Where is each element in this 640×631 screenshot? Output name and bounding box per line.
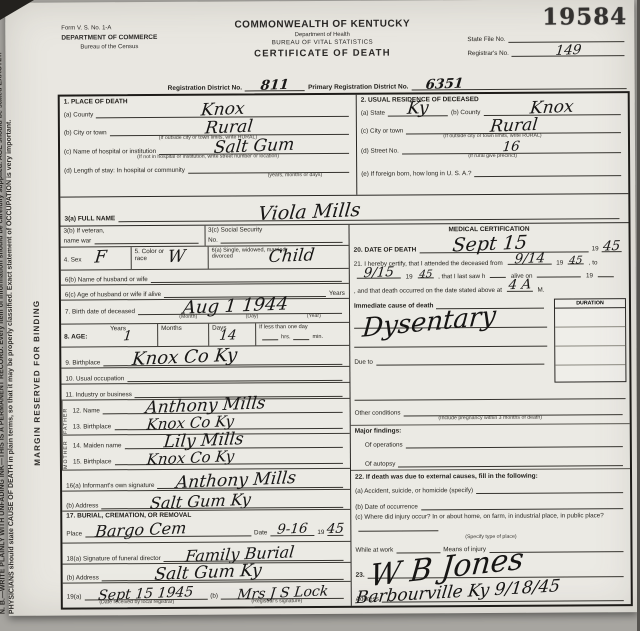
registrar-date-value: Sept 15 1945 [98,585,195,603]
burial-title: 17. BURIAL, CREMATION, OR REMOVAL [66,510,346,519]
header-center-block: COMMONWEALTH OF KENTUCKY Department of H… [197,18,447,61]
age-less-cell: If less than one day hrs. min. [256,322,349,345]
major-findings-section: Major findings: Of operations Of autopsy [351,423,630,470]
residence-county-line: Knox [483,105,620,116]
commonwealth-title: COMMONWEALTH OF KENTUCKY [197,18,447,32]
autopsy-label: Of autopsy [365,460,395,467]
usual-residence-section: 2. USUAL RESIDENCE OF DECEASED (a) State… [357,93,629,195]
external-causes-title: 22. If death was due to external causes,… [355,472,626,481]
hospital-row: (c) Name of hospital or institution Salt… [64,144,352,156]
certify-2: , that I last saw h [438,273,485,280]
funeral-address-row: (b) Address Salt Gum Ky [63,563,351,584]
residence-city-value: Rural [489,117,538,136]
operations-line [406,437,623,448]
sex-cell: 4. Sex F [61,247,132,269]
birthplace-label: 9. Birthplace [65,359,100,366]
due-to-rule-2 [354,386,625,401]
marital-cell: 6(a) Single, widowed, married, divorced … [209,245,349,268]
header-right-block: 19584 State File No. Registrar's No. 149 [467,5,627,57]
full-name-line: Viola Mills [118,209,619,222]
margin-binding-label: MARGIN RESERVED FOR BINDING [32,296,42,466]
state-file-line [508,32,624,43]
certificate-stamp-number: 19584 [467,5,627,29]
father-birthplace-label: 13. Birthplace [73,423,112,430]
occupation-label: 10. Usual occupation [65,375,124,382]
other-conditions-line [403,405,622,416]
county-line: Knox [96,107,349,119]
father-birthplace-row: 13. Birthplace Knox Co Ky [73,419,346,431]
autopsy-line [398,456,623,467]
due-to-label: Due to [354,359,373,366]
from-year-line: 45 [568,255,584,264]
external-b-row: (b) Date of occurrence [355,499,626,511]
certify-3: , and that death occurred on the date st… [354,287,502,295]
burial-place-value: Bargo Cem [94,520,187,540]
external-b-label: (b) Date of occurrence [355,503,418,510]
primary-district-line: 6351 [411,79,626,90]
duration-line-3 [555,346,625,365]
due-to-row: Due to [354,355,547,366]
duration-line-1 [555,308,625,327]
stay-label: (d) Length of stay: In hospital or commu… [64,167,185,175]
mother-section: MOTHER 14. Maiden name Lily Mills 15. [62,434,350,471]
registrar-signature-line: Mrs J S Lock [221,589,344,600]
registration-district-value: 811 [260,78,290,93]
veteran-label-2: name war [64,237,92,244]
other-conditions-section: Other conditions (Include pregnancy with… [350,384,629,424]
bureau-vital-statistics: BUREAU OF VITAL STATISTICS [197,38,447,47]
scanned-death-certificate: N. B.—WRITE PLAINLY WITH UNFADING INK—TH… [0,0,640,631]
informant-address-row: (b) Address Salt Gum Ky [62,490,350,511]
stay-row: (d) Length of stay: In hospital or commu… [64,163,352,175]
age-hrs-line [262,330,278,340]
residence-state-line: Ky [388,106,448,116]
from-year-prefix: 19 [556,260,563,267]
registrar-no-row: Registrar's No. 149 [467,46,627,57]
external-a-label: (a) Accident, suicide, or homicide (spec… [355,487,473,495]
registrar-no-line: 149 [512,46,625,57]
age-months-cell: Months [158,323,209,345]
date-of-death-line: Sept 15 [419,242,588,253]
margin-note: N. B.—WRITE PLAINLY WITH UNFADING INK—TH… [0,24,17,614]
birthdate-row: 7. Birth date of deceased Aug 1 1944 (Mo… [61,299,349,324]
dept-commerce: DEPARTMENT OF COMMERCE [61,33,157,43]
external-b-line [421,499,623,510]
county-label: (a) County [64,111,93,118]
hour-line: 4 A [507,282,533,291]
signature-number-label: 23. [356,571,365,578]
bureau-census: Bureau of the Census [61,43,157,53]
state-file-label: State File No. [467,36,505,43]
hour-value: 4 A [508,278,532,292]
husband-line [151,272,342,283]
physician-signature-section: 23. Address W B Jones Barbourville Ky 9/… [352,555,631,606]
registration-district-line: 811 [245,81,305,91]
city-value: Rural [205,119,254,138]
to-year-value: 45 [418,269,432,280]
color-value: W [167,248,186,266]
primary-district-label: Primary Registration District No. [308,83,408,91]
burial-year-value: 45 [326,523,345,537]
birthdate-label: 7. Birth date of deceased [65,308,135,315]
funeral-director-label: 18(a) Signature of funeral director [67,555,161,563]
husband-row: 6(b) Name of husband or wife [61,268,349,285]
medical-certification-column: MEDICAL CERTIFICATION 20. DATE OF DEATH … [349,223,630,606]
external-a-row: (a) Accident, suicide, or homicide (spec… [355,483,626,495]
street-line: 16 [402,143,621,154]
autopsy-row: Of autopsy [355,456,626,468]
form-content: Form V. S. No. 1-A DEPARTMENT OF COMMERC… [57,5,633,609]
residence-title: 2. USUAL RESIDENCE OF DECEASED [361,95,624,104]
burial-date-label: Date [254,529,267,536]
m-suffix: M. [537,286,544,293]
place-of-death-section: 1. PLACE OF DEATH (a) County Knox (b) Ci… [60,95,358,197]
date-of-death-year-value: 45 [602,239,621,253]
saw-alive-year-prefix: 19 [586,273,593,280]
birthplace-row: 9. Birthplace Knox Co Ky [61,345,349,368]
due-to-line [376,355,544,366]
other-conditions-label: Other conditions [355,410,401,417]
county-row: (a) County Knox [64,107,352,119]
external-c-line [358,522,438,531]
foreign-born-label: (e) If foreign born, how long in U. S. A… [361,171,471,179]
birthdate-line: Aug 1 1944 [138,304,342,315]
stay-line [188,163,349,174]
date-of-death-year-prefix: 19 [592,245,599,252]
date-of-death-row: 20. DATE OF DEATH Sept 15 19 45 [350,232,629,256]
husband-age-label: 6(c) Age of husband or wife if alive [65,291,161,299]
burial-place-label: Place [66,530,82,537]
mother-side-label: MOTHER [62,436,69,470]
ssn-cell: 3(c) Social Security No. [205,225,349,245]
informant-label: 16(a) Informant's own signature [66,482,154,490]
from-year-value: 45 [569,255,583,266]
age-hrs-label: hrs. [281,334,290,340]
informant-value: Anthony Mills [175,470,297,492]
burial-detail-row: Place Bargo Cem Date 9-16 19 [66,525,346,537]
external-a-line [476,483,623,494]
years-suffix: Years [329,290,345,297]
attended-to-value: 9/15 [363,266,395,281]
date-of-death-year-line: 45 [602,242,622,252]
attended-to-line: 9/15 [357,270,401,279]
funeral-address-line: Salt Gum Ky [102,570,344,581]
informant-line: Anthony Mills [157,478,343,489]
residence-state-county-row: (a) State Ky (b) County Knox [361,105,624,117]
burial-date-value: 9-16 [276,523,308,538]
work-label: While at work [355,546,393,553]
ssn-label-2: No. [208,237,218,244]
burial-year-prefix: 19 [317,529,324,536]
other-conditions-row: Other conditions [355,405,626,417]
duration-label: DURATION [555,299,625,308]
street-value: 16 [502,141,521,155]
left-column: 3(b) If veteran, name war 3(c) Social Se… [61,225,352,608]
city-label: (b) City or town [64,129,107,136]
form-header: Form V. S. No. 1-A DEPARTMENT OF COMMERC… [57,5,630,94]
header-left-block: Form V. S. No. 1-A DEPARTMENT OF COMMERC… [61,24,157,52]
cause-of-death-section: DURATION Immediate cause of death [350,296,630,386]
birthdate-value: Aug 1 1944 [182,296,289,318]
operations-label: Of operations [365,441,403,448]
registrar-b-label: (b) [210,593,218,600]
residence-city-line: Rural [406,123,621,134]
to-year-prefix: 19 [406,274,413,281]
registrar-no-label: Registrar's No. [467,50,508,57]
age-months-label: Months [161,324,205,331]
major-findings-label: Major findings: [355,426,626,435]
mother-birthplace-line: Knox Co Ky [114,454,343,465]
registration-district-label: Registration District No. [168,84,242,91]
full-name-label: 3(a) FULL NAME [64,215,115,222]
duration-box: DURATION [554,298,627,382]
mother-name-label: 14. Maiden name [73,442,122,449]
funeral-director-row: 18(a) Signature of funeral director Fami… [62,542,350,565]
funeral-address-value: Salt Gum Ky [154,563,263,584]
street-row: (d) Street No. 16 [361,143,624,155]
to-year-line: 45 [417,270,433,279]
state-file-row: State File No. [467,32,627,43]
age-min-label: min. [312,334,323,340]
residence-state-label: (a) State [361,110,385,117]
certificate-title: CERTIFICATE OF DEATH [197,48,447,61]
mother-birthplace-value: Knox Co Ky [145,449,234,468]
duration-line-2 [555,327,625,346]
hospital-value: Salt Gum [213,136,295,156]
certificate-paper: N. B.—WRITE PLAINLY WITH UNFADING INK—TH… [5,0,638,616]
residence-county-label: (b) County [451,109,480,116]
age-label-cell: 8. AGE: [61,324,107,346]
registrar-signature-value: Mrs J S Lock [236,585,329,603]
occupation-row: 10. Usual occupation [61,366,349,384]
year-caption: (Year) [307,314,321,320]
scan-corner-artifact [0,0,34,20]
attended-from-line: 9/14 [507,256,551,265]
father-side-label: FATHER [62,400,69,434]
veteran-cell: 3(b) If veteran, name war [61,226,206,246]
sex-color-marital-row: 4. Sex F 5. Color or race W 6(a) Single,… [61,245,349,270]
informant-address-line: Salt Gum Ky [101,497,343,508]
registrar-date-line: Sept 15 1945 [84,590,207,601]
city-row: (b) City or town Rural [64,125,352,137]
full-name-row: 3(a) FULL NAME Viola Mills [60,194,628,226]
informant-row: 16(a) Informant's own signature Anthony … [62,469,350,492]
occupation-line [127,371,342,382]
top-section-row: 1. PLACE OF DEATH (a) County Knox (b) Ci… [60,93,629,197]
saw-alive-year-line [598,269,614,278]
foreign-born-row: (e) If foreign born, how long in U. S. A… [361,167,624,179]
ssn-line [221,233,343,244]
primary-district-value: 6351 [425,77,464,92]
veteran-line [94,234,198,245]
operations-row: Of operations [355,437,626,449]
industry-label: 11. Industry or business [66,391,132,398]
residence-state-value: Ky [406,100,429,118]
funeral-address-label: (b) Address [67,575,99,582]
burial-section: 17. BURIAL, CREMATION, OR REMOVAL Place … [62,509,350,543]
certificate-body: 1. PLACE OF DEATH (a) County Knox (b) Ci… [58,91,633,609]
street-caption: (If rural give precinct) [361,153,624,160]
age-days-cell: Days 14 [209,323,256,345]
sex-label: 4. Sex [64,256,82,263]
certify-paragraph: 21. I hereby certify, that I attended th… [350,254,629,298]
city-line: Rural [110,125,349,136]
birthplace-value: Knox Co Ky [131,346,238,368]
external-c-row: (c) Where did injury occur? In or about … [355,511,626,536]
husband-label: 6(b) Name of husband or wife [65,276,148,284]
burial-year-line: 45 [327,525,343,535]
color-cell: 5. Color or race W [132,246,209,269]
age-label: 8. AGE: [64,333,87,340]
registration-district-row: Registration District No. 811 Primary Re… [168,79,630,92]
external-causes-section: 22. If death was due to external causes,… [351,468,631,557]
age-row: 8. AGE: Years 1 Months Days [61,322,349,347]
external-c-label: (c) Where did injury occur? In or about … [355,512,604,521]
age-min-line [293,330,309,340]
lower-columns: 3(b) If veteran, name war 3(c) Social Se… [61,223,631,607]
full-name-value: Viola Mills [257,201,361,224]
informant-address-value: Salt Gum Ky [149,491,251,511]
to-label: , to [589,259,598,266]
burial-date-line: 9-16 [270,526,314,536]
date-of-death-label: 20. DATE OF DEATH [354,246,417,253]
attended-from-value: 9/14 [514,252,546,267]
informant-address-label: (b) Address [66,502,98,509]
saw-alive-blank [490,269,506,278]
veteran-ssn-row: 3(b) If veteran, name war 3(c) Social Se… [61,225,349,247]
age-years-cell: Years 1 [107,324,158,346]
foreign-born-line [474,167,621,178]
registrar-no-value: 149 [555,43,582,58]
mother-birthplace-label: 15. Birthplace [73,458,112,465]
residence-city-row: (c) City or town Rural [361,123,624,135]
mother-birthplace-row: 15. Birthplace Knox Co Ky [73,454,346,466]
marital-value: Child [268,247,316,266]
birthplace-line: Knox Co Ky [103,354,342,365]
street-label: (d) Street No. [361,147,399,154]
burial-place-line: Bargo Cem [85,526,251,537]
saw-alive-date-line [537,269,581,278]
hospital-line: Salt Gum [159,144,349,155]
father-name-label: 12. Name [73,407,100,414]
age-days-value: 14 [218,329,237,343]
registrar-row: 19(a) Sept 15 1945 (b) Mrs J S Lock [63,582,351,607]
age-years-value: 1 [122,330,132,344]
father-birthplace-line: Knox Co Ky [114,419,343,430]
sex-value: F [94,249,108,266]
residence-city-label: (c) City or town [361,127,403,134]
